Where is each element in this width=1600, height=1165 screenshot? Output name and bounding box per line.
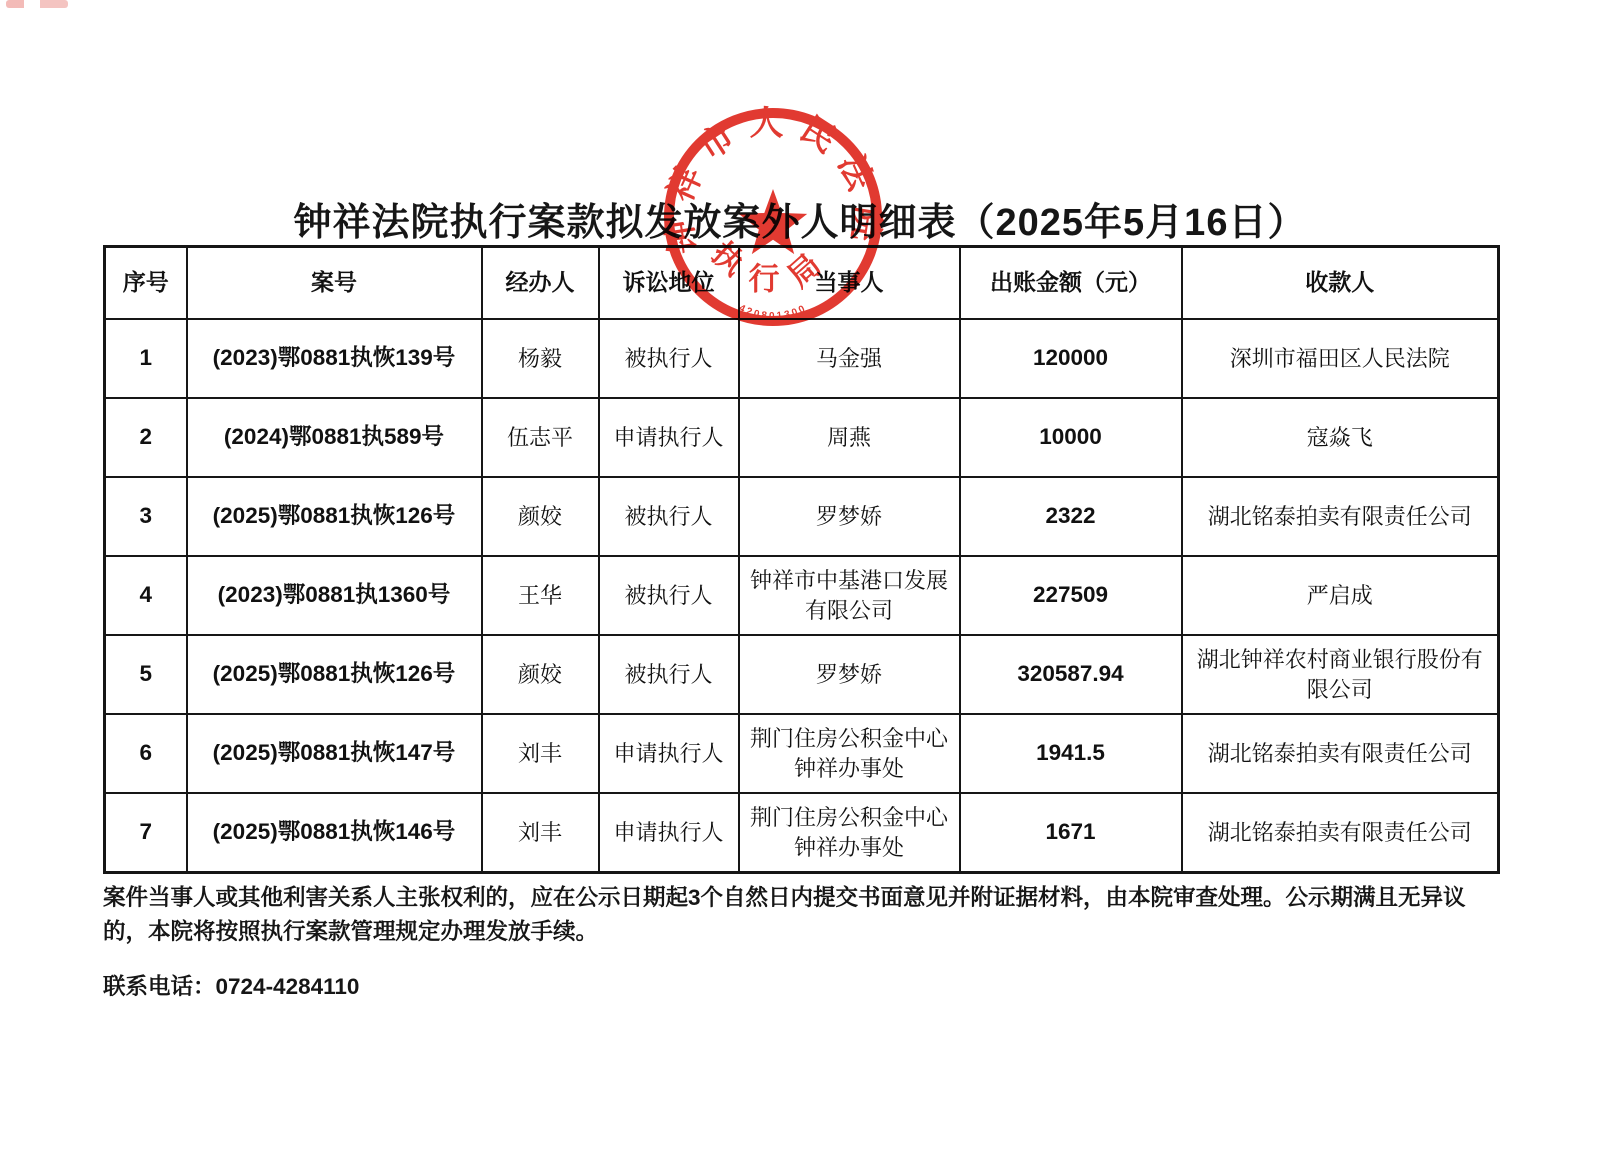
header-payee: 收款人 xyxy=(1182,247,1499,320)
cell-case-number: (2025)鄂0881执恢146号 xyxy=(187,793,482,873)
cell-serial: 4 xyxy=(105,556,187,635)
cell-party: 周燕 xyxy=(739,398,960,477)
cell-amount: 120000 xyxy=(960,319,1182,398)
cell-payee: 湖北铭泰拍卖有限责任公司 xyxy=(1182,714,1499,793)
header-handler: 经办人 xyxy=(482,247,599,320)
cell-handler: 王华 xyxy=(482,556,599,635)
cell-handler: 颜姣 xyxy=(482,635,599,714)
contact-label: 联系电话： xyxy=(103,974,216,999)
cell-amount: 2322 xyxy=(960,477,1182,556)
cell-party: 罗梦娇 xyxy=(739,635,960,714)
cell-amount: 1941.5 xyxy=(960,714,1182,793)
cell-party: 钟祥市中基港口发展有限公司 xyxy=(739,556,960,635)
table-row: 2 (2024)鄂0881执589号 伍志平 申请执行人 周燕 10000 寇焱… xyxy=(105,398,1499,477)
header-serial: 序号 xyxy=(105,247,187,320)
cell-serial: 2 xyxy=(105,398,187,477)
cell-party: 荆门住房公积金中心钟祥办事处 xyxy=(739,714,960,793)
cell-serial: 6 xyxy=(105,714,187,793)
cell-payee: 严启成 xyxy=(1182,556,1499,635)
cell-party: 荆门住房公积金中心钟祥办事处 xyxy=(739,793,960,873)
cell-handler: 杨毅 xyxy=(482,319,599,398)
cell-litigation-status: 申请执行人 xyxy=(599,398,739,477)
cell-payee: 寇焱飞 xyxy=(1182,398,1499,477)
cell-payee: 深圳市福田区人民法院 xyxy=(1182,319,1499,398)
cell-case-number: (2025)鄂0881执恢147号 xyxy=(187,714,482,793)
cell-amount: 1671 xyxy=(960,793,1182,873)
cell-case-number: (2023)鄂0881执恢139号 xyxy=(187,319,482,398)
contact-phone-number: 0724-4284110 xyxy=(216,974,360,999)
cell-amount: 320587.94 xyxy=(960,635,1182,714)
scan-artifact-mark xyxy=(6,0,68,8)
table-row: 6 (2025)鄂0881执恢147号 刘丰 申请执行人 荆门住房公积金中心钟祥… xyxy=(105,714,1499,793)
cell-serial: 5 xyxy=(105,635,187,714)
cell-handler: 刘丰 xyxy=(482,793,599,873)
cell-party: 罗梦娇 xyxy=(739,477,960,556)
cell-payee: 湖北铭泰拍卖有限责任公司 xyxy=(1182,477,1499,556)
cell-litigation-status: 被执行人 xyxy=(599,635,739,714)
header-amount: 出账金额（元） xyxy=(960,247,1182,320)
official-red-seal: 钟祥市人民法院 执行局 420801300 xyxy=(646,90,900,344)
cell-case-number: (2023)鄂0881执1360号 xyxy=(187,556,482,635)
cell-handler: 刘丰 xyxy=(482,714,599,793)
cell-case-number: (2025)鄂0881执恢126号 xyxy=(187,635,482,714)
header-case-number: 案号 xyxy=(187,247,482,320)
public-notice-text: 案件当事人或其他利害关系人主张权利的，应在公示日期起3个自然日内提交书面意见并附… xyxy=(103,881,1503,949)
cell-litigation-status: 申请执行人 xyxy=(599,793,739,873)
cell-case-number: (2024)鄂0881执589号 xyxy=(187,398,482,477)
cell-amount: 10000 xyxy=(960,398,1182,477)
cell-handler: 颜姣 xyxy=(482,477,599,556)
cell-litigation-status: 被执行人 xyxy=(599,556,739,635)
cell-serial: 1 xyxy=(105,319,187,398)
cell-payee: 湖北铭泰拍卖有限责任公司 xyxy=(1182,793,1499,873)
document-page: 钟祥法院执行案款拟发放案外人明细表（2025年5月16日） 钟祥市人民法院 执行… xyxy=(0,0,1600,1165)
cell-case-number: (2025)鄂0881执恢126号 xyxy=(187,477,482,556)
contact-line: 联系电话：0724-4284110 xyxy=(103,969,359,1001)
cell-handler: 伍志平 xyxy=(482,398,599,477)
cell-payee: 湖北钟祥农村商业银行股份有限公司 xyxy=(1182,635,1499,714)
cell-amount: 227509 xyxy=(960,556,1182,635)
cell-litigation-status: 申请执行人 xyxy=(599,714,739,793)
table-row: 4 (2023)鄂0881执1360号 王华 被执行人 钟祥市中基港口发展有限公… xyxy=(105,556,1499,635)
seal-star-icon xyxy=(739,189,807,254)
cell-serial: 3 xyxy=(105,477,187,556)
table-row: 7 (2025)鄂0881执恢146号 刘丰 申请执行人 荆门住房公积金中心钟祥… xyxy=(105,793,1499,873)
table-row: 3 (2025)鄂0881执恢126号 颜姣 被执行人 罗梦娇 2322 湖北铭… xyxy=(105,477,1499,556)
table-row: 5 (2025)鄂0881执恢126号 颜姣 被执行人 罗梦娇 320587.9… xyxy=(105,635,1499,714)
cell-serial: 7 xyxy=(105,793,187,873)
cell-litigation-status: 被执行人 xyxy=(599,477,739,556)
seal-department-text: 执行局 xyxy=(705,235,841,296)
